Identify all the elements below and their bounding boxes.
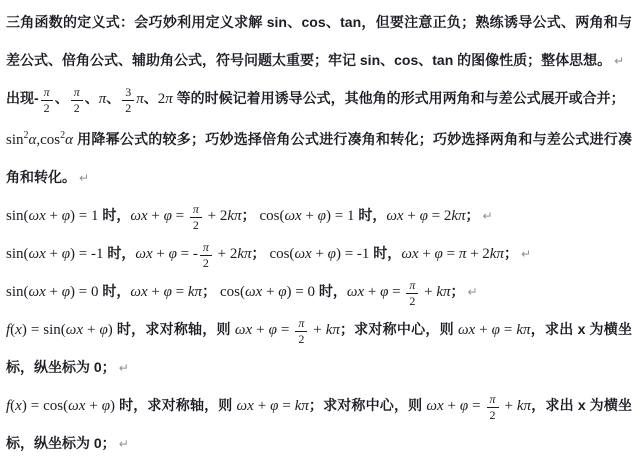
text-run: = 2 bbox=[428, 208, 451, 224]
text-run: ωx bbox=[130, 284, 147, 300]
fraction: π2 bbox=[487, 393, 499, 422]
eq-sin-cos-equals-1: sin(ωx + φ) = 1 时，ωx + φ = π2 + 2kπ； cos… bbox=[6, 197, 632, 235]
text-run: = bbox=[443, 246, 459, 262]
text-run: 时， bbox=[99, 283, 131, 299]
text-run: ωx bbox=[284, 208, 301, 224]
text-run: φ bbox=[62, 208, 70, 224]
text-run: ωx bbox=[66, 322, 83, 338]
para-induction-formulas: 出现-π2、π2、π、32π、2π 等的时候记着用诱导公式，其他角的形式用两角和… bbox=[6, 80, 632, 118]
text-run: φ bbox=[169, 246, 177, 262]
text-run: cos( bbox=[269, 246, 294, 262]
text-run: = bbox=[172, 284, 188, 300]
text-run: ωx bbox=[29, 208, 46, 224]
text-run: kπ bbox=[326, 322, 340, 338]
text-run: = - bbox=[177, 246, 198, 262]
text-run: φ bbox=[278, 284, 286, 300]
text-run: ωx bbox=[130, 208, 147, 224]
text-run: φ bbox=[102, 398, 110, 414]
text-run: α bbox=[65, 132, 73, 148]
text-run: = bbox=[388, 284, 404, 300]
text-run: ωx bbox=[29, 284, 46, 300]
para-summary: 三角函数的定义式：会巧妙利用定义求解 sin、cos、tan，但要注意正负；熟练… bbox=[6, 4, 632, 80]
para-sin-symmetry: f(x) = sin(ωx + φ) 时，求对称轴，则 ωx + φ = π2 … bbox=[6, 311, 632, 387]
text-run: ωx bbox=[458, 322, 475, 338]
text-run: ωx bbox=[68, 398, 85, 414]
text-run: φ bbox=[62, 284, 70, 300]
text-run: kπ bbox=[295, 398, 309, 414]
text-run: ； bbox=[466, 207, 480, 223]
text-run: ) = 0 bbox=[70, 284, 98, 300]
text-run: ； bbox=[451, 283, 465, 299]
text-run: ωx bbox=[347, 284, 364, 300]
fraction: π2 bbox=[71, 86, 83, 115]
paragraph-mark: ↵ bbox=[116, 361, 129, 375]
text-run: φ bbox=[328, 246, 336, 262]
text-run: = bbox=[468, 398, 484, 414]
text-run: φ bbox=[164, 208, 172, 224]
text-run: 时，求对称轴，则 bbox=[113, 321, 235, 337]
text-run: 时， bbox=[99, 207, 131, 223]
text-run: + bbox=[262, 284, 278, 300]
paragraph-mark: ↵ bbox=[116, 437, 129, 451]
text-run: 、 bbox=[55, 90, 69, 106]
text-run: sin( bbox=[6, 208, 29, 224]
text-run: + bbox=[46, 284, 62, 300]
text-run: ) = 0 bbox=[287, 284, 315, 300]
text-run: + bbox=[312, 246, 328, 262]
text-run: 时， bbox=[315, 283, 347, 299]
text-run: cos( bbox=[220, 284, 245, 300]
text-run: π bbox=[165, 91, 173, 107]
text-run: ) = -1 bbox=[336, 246, 369, 262]
paragraph-mark: ↵ bbox=[518, 247, 531, 261]
text-run: + 2 bbox=[204, 208, 227, 224]
text-run: ωx bbox=[29, 246, 46, 262]
text-run: + bbox=[85, 398, 101, 414]
text-run: 出现- bbox=[6, 90, 39, 106]
text-run: + bbox=[153, 246, 169, 262]
text-run: + bbox=[420, 284, 436, 300]
text-run: + bbox=[364, 284, 380, 300]
text-run: ； bbox=[202, 283, 220, 299]
text-run: φ bbox=[269, 322, 277, 338]
text-run: = bbox=[172, 208, 188, 224]
text-run: = bbox=[500, 322, 516, 338]
text-run: + bbox=[252, 322, 268, 338]
text-run: sin bbox=[6, 132, 24, 148]
text-run: φ bbox=[99, 322, 107, 338]
text-run: φ bbox=[62, 246, 70, 262]
text-run: 时，求对称轴，则 bbox=[115, 397, 237, 413]
fraction: π2 bbox=[200, 241, 212, 270]
text-run: φ bbox=[318, 208, 326, 224]
text-run: ωx bbox=[294, 246, 311, 262]
fraction: π2 bbox=[295, 317, 307, 346]
text-run: kπ bbox=[227, 208, 241, 224]
text-run: ； bbox=[252, 245, 270, 261]
text-run: sin( bbox=[6, 246, 29, 262]
text-run: φ bbox=[435, 246, 443, 262]
text-run: φ bbox=[460, 398, 468, 414]
eq-sin-cos-equals-neg1: sin(ωx + φ) = -1 时，ωx + φ = -π2 + 2kπ； c… bbox=[6, 235, 632, 273]
text-run: φ bbox=[164, 284, 172, 300]
para-cos-symmetry: f(x) = cos(ωx + φ) 时，求对称轴，则 ωx + φ = kπ；… bbox=[6, 387, 632, 463]
text-run: ；求对称中心，则 bbox=[309, 397, 426, 413]
text-run: ωx bbox=[135, 246, 152, 262]
fraction: π2 bbox=[406, 279, 418, 308]
text-run: ； bbox=[242, 207, 260, 223]
text-run: kπ bbox=[451, 208, 465, 224]
text-run: kπ bbox=[188, 284, 202, 300]
text-run: sin( bbox=[6, 284, 29, 300]
text-run: + 2 bbox=[214, 246, 237, 262]
text-run: ωx bbox=[401, 246, 418, 262]
text-run: 时， bbox=[103, 245, 135, 261]
text-run: 用降幂公式的较多；巧妙选择倍角公式进行凑角和转化；巧妙选择两角和与差公式进行凑角… bbox=[6, 131, 632, 185]
text-run: = bbox=[278, 398, 294, 414]
text-run: kπ bbox=[237, 246, 251, 262]
text-run: ωx bbox=[426, 398, 443, 414]
text-run: 时， bbox=[354, 207, 386, 223]
text-run: 、 bbox=[85, 90, 99, 106]
fraction: π2 bbox=[41, 86, 53, 115]
text-run: π bbox=[136, 91, 144, 107]
text-run: 三角函数的定义式：会巧妙利用定义求解 sin、cos、tan，但要注意正负；熟练… bbox=[6, 14, 632, 68]
document-body: 三角函数的定义式：会巧妙利用定义求解 sin、cos、tan，但要注意正负；熟练… bbox=[0, 0, 640, 463]
paragraph-mark: ↵ bbox=[465, 285, 478, 299]
text-run: kπ bbox=[490, 246, 504, 262]
text-run: ) = cos( bbox=[22, 398, 68, 414]
text-run: φ bbox=[492, 322, 500, 338]
text-run: ) = sin( bbox=[22, 322, 66, 338]
text-run: + bbox=[444, 398, 460, 414]
text-run: 、 bbox=[106, 90, 120, 106]
text-run: x bbox=[15, 398, 22, 414]
text-run: kπ bbox=[436, 284, 450, 300]
text-run: + bbox=[419, 246, 435, 262]
text-run: + bbox=[46, 208, 62, 224]
text-run: + bbox=[475, 322, 491, 338]
text-run: = bbox=[277, 322, 293, 338]
text-run: cos( bbox=[259, 208, 284, 224]
text-run: + bbox=[83, 322, 99, 338]
text-run: ) = 1 bbox=[326, 208, 354, 224]
text-run: + bbox=[309, 322, 325, 338]
text-run: ) = 1 bbox=[70, 208, 98, 224]
text-run: + bbox=[148, 284, 164, 300]
paragraph-mark: ↵ bbox=[76, 171, 89, 185]
text-run: + bbox=[148, 208, 164, 224]
text-run: kπ bbox=[517, 398, 531, 414]
text-run: 时， bbox=[369, 245, 401, 261]
text-run: cos bbox=[40, 132, 60, 148]
text-run: ； bbox=[504, 245, 518, 261]
text-run: φ bbox=[420, 208, 428, 224]
eq-sin-cos-equals-0: sin(ωx + φ) = 0 时，ωx + φ = kπ； cos(ωx + … bbox=[6, 273, 632, 311]
text-run: ωx bbox=[235, 322, 252, 338]
text-run: + bbox=[46, 246, 62, 262]
paragraph-mark: ↵ bbox=[480, 209, 493, 223]
fraction: 32 bbox=[122, 86, 134, 115]
text-run: ；求对称中心，则 bbox=[340, 321, 458, 337]
text-run: kπ bbox=[516, 322, 530, 338]
fraction: π2 bbox=[190, 203, 202, 232]
text-run: 等的时候记着用诱导公式，其他角的形式用两角和与差公式展开或合并； bbox=[173, 90, 625, 106]
text-run: ωx bbox=[245, 284, 262, 300]
paragraph-mark: ↵ bbox=[611, 54, 624, 68]
para-power-reduction: sin2α,cos2α 用降幂公式的较多；巧妙选择倍角公式进行凑角和转化；巧妙选… bbox=[6, 118, 632, 197]
text-run: + bbox=[404, 208, 420, 224]
text-run: ωx bbox=[237, 398, 254, 414]
text-run: ωx bbox=[386, 208, 403, 224]
text-run: + bbox=[302, 208, 318, 224]
text-run: 、 bbox=[144, 90, 158, 106]
text-run: + bbox=[501, 398, 517, 414]
text-run: x bbox=[15, 322, 22, 338]
text-run: + 2 bbox=[466, 246, 489, 262]
text-run: + bbox=[254, 398, 270, 414]
text-run: ) = -1 bbox=[70, 246, 103, 262]
